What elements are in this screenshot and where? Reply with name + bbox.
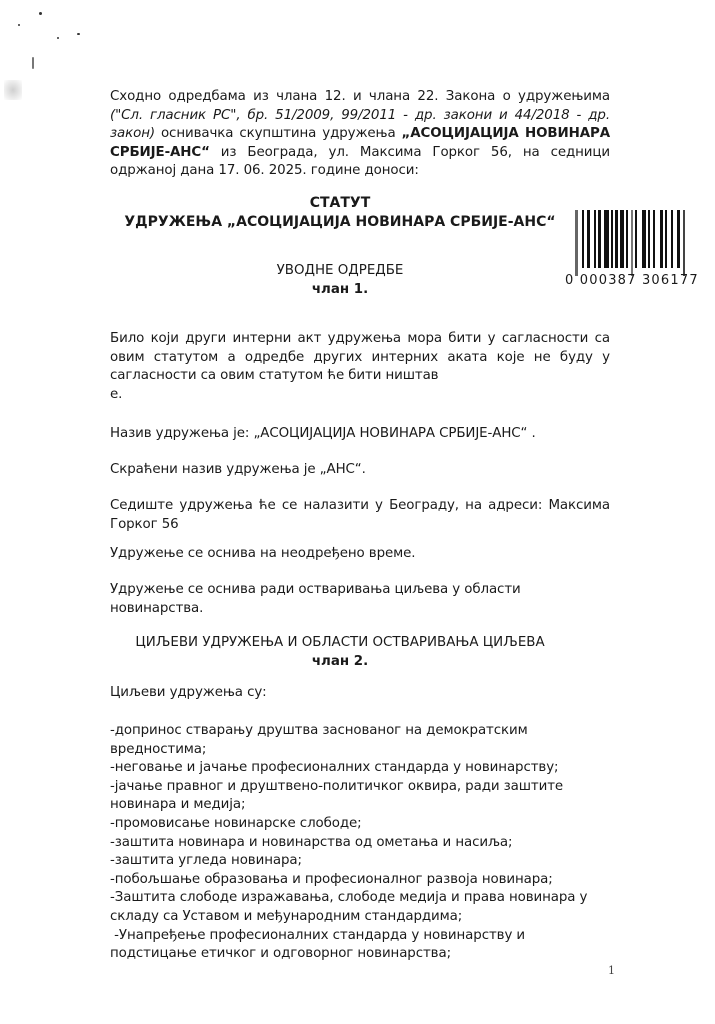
page-number: 1 (608, 964, 615, 977)
paragraph-text: Скраћени назив удружења је „АНС“. (110, 462, 366, 477)
goal-item: -Унапређење професионалних стандарда у н… (110, 927, 610, 964)
goal-item: -заштита угледа новинара; (110, 852, 610, 871)
section-heading-introductory: УВОДНЕ ОДРЕДБЕ члан 1. (110, 262, 570, 299)
paragraph-text: Седиште удружења ће се налазити у Београ… (110, 498, 610, 532)
section-heading-goals: ЦИЉЕВИ УДРУЖЕЊА И ОБЛАСТИ ОСТВАРИВАЊА ЦИ… (110, 634, 570, 671)
paragraph: е. (110, 386, 610, 405)
article-number: члан 2. (110, 653, 570, 672)
paragraph: Скраћени назив удружења је „АНС“. (110, 461, 610, 480)
scan-speck (18, 24, 20, 26)
article-number: члан 1. (110, 281, 570, 300)
goals-list: -допринос стварању друштва заснованог на… (110, 722, 610, 964)
section-title: УВОДНЕ ОДРЕДБЕ (110, 262, 570, 281)
paragraph-text: е. (110, 387, 122, 402)
goal-item: -допринос стварању друштва заснованог на… (110, 722, 610, 759)
preamble-paragraph: Сходно одредбама из члана 12. и члана 22… (110, 88, 610, 181)
paragraph: Било који други интерни акт удружења мор… (110, 330, 610, 386)
title-line-association: УДРУЖЕЊА „АСОЦИЈАЦИЈА НОВИНАРА СРБИЈЕ-АН… (110, 213, 570, 232)
document-title: СТАТУТ УДРУЖЕЊА „АСОЦИЈАЦИЈА НОВИНАРА СР… (110, 194, 570, 232)
goal-item: -неговање и јачање професионалних станда… (110, 759, 610, 778)
paragraph-text: Удружење се оснива на неодређено време. (110, 546, 415, 561)
preamble-text: Сходно одредбама из члана 12. и члана 22… (110, 89, 610, 104)
paragraph: Назив удружења је: „АСОЦИЈАЦИЈА НОВИНАРА… (110, 425, 610, 444)
scan-speck (32, 57, 34, 69)
paragraph-text: Назив удружења је: „АСОЦИЈАЦИЈА НОВИНАРА… (110, 426, 536, 441)
goal-item: -промовисање новинарске слободе; (110, 815, 610, 834)
paragraph-text: Било који други интерни акт удружења мор… (110, 331, 610, 383)
scan-speck (77, 33, 80, 35)
goal-item: -јачање правног и друштвено-политичког о… (110, 778, 610, 815)
paragraph: Удружење се оснива ради остваривања циље… (110, 581, 610, 618)
preamble-text: оснивачка скупштина удружења (155, 126, 402, 141)
goal-item: -побољшање образовања и професионалног р… (110, 871, 610, 890)
goal-item: -Заштита слободе изражавања, слободе мед… (110, 889, 610, 926)
goal-item: -заштита новинара и новинарства од омета… (110, 834, 610, 853)
barcode-image (575, 210, 700, 272)
goals-intro: Циљеви удружења су: (110, 684, 610, 703)
paragraph-text: Удружење се оснива ради остваривања циље… (110, 582, 521, 616)
scan-smudge (4, 80, 22, 100)
scan-speck (57, 37, 59, 39)
paragraph: Седиште удружења ће се налазити у Београ… (110, 497, 610, 534)
title-line-statute: СТАТУТ (110, 194, 570, 213)
section-title: ЦИЉЕВИ УДРУЖЕЊА И ОБЛАСТИ ОСТВАРИВАЊА ЦИ… (110, 634, 570, 653)
paragraph: Удружење се оснива на неодређено време. (110, 545, 610, 564)
document-page: Сходно одредбама из члана 12. и члана 22… (0, 0, 715, 1024)
barcode-number: 0 000387 306177 (565, 273, 705, 288)
scan-speck (39, 12, 42, 15)
